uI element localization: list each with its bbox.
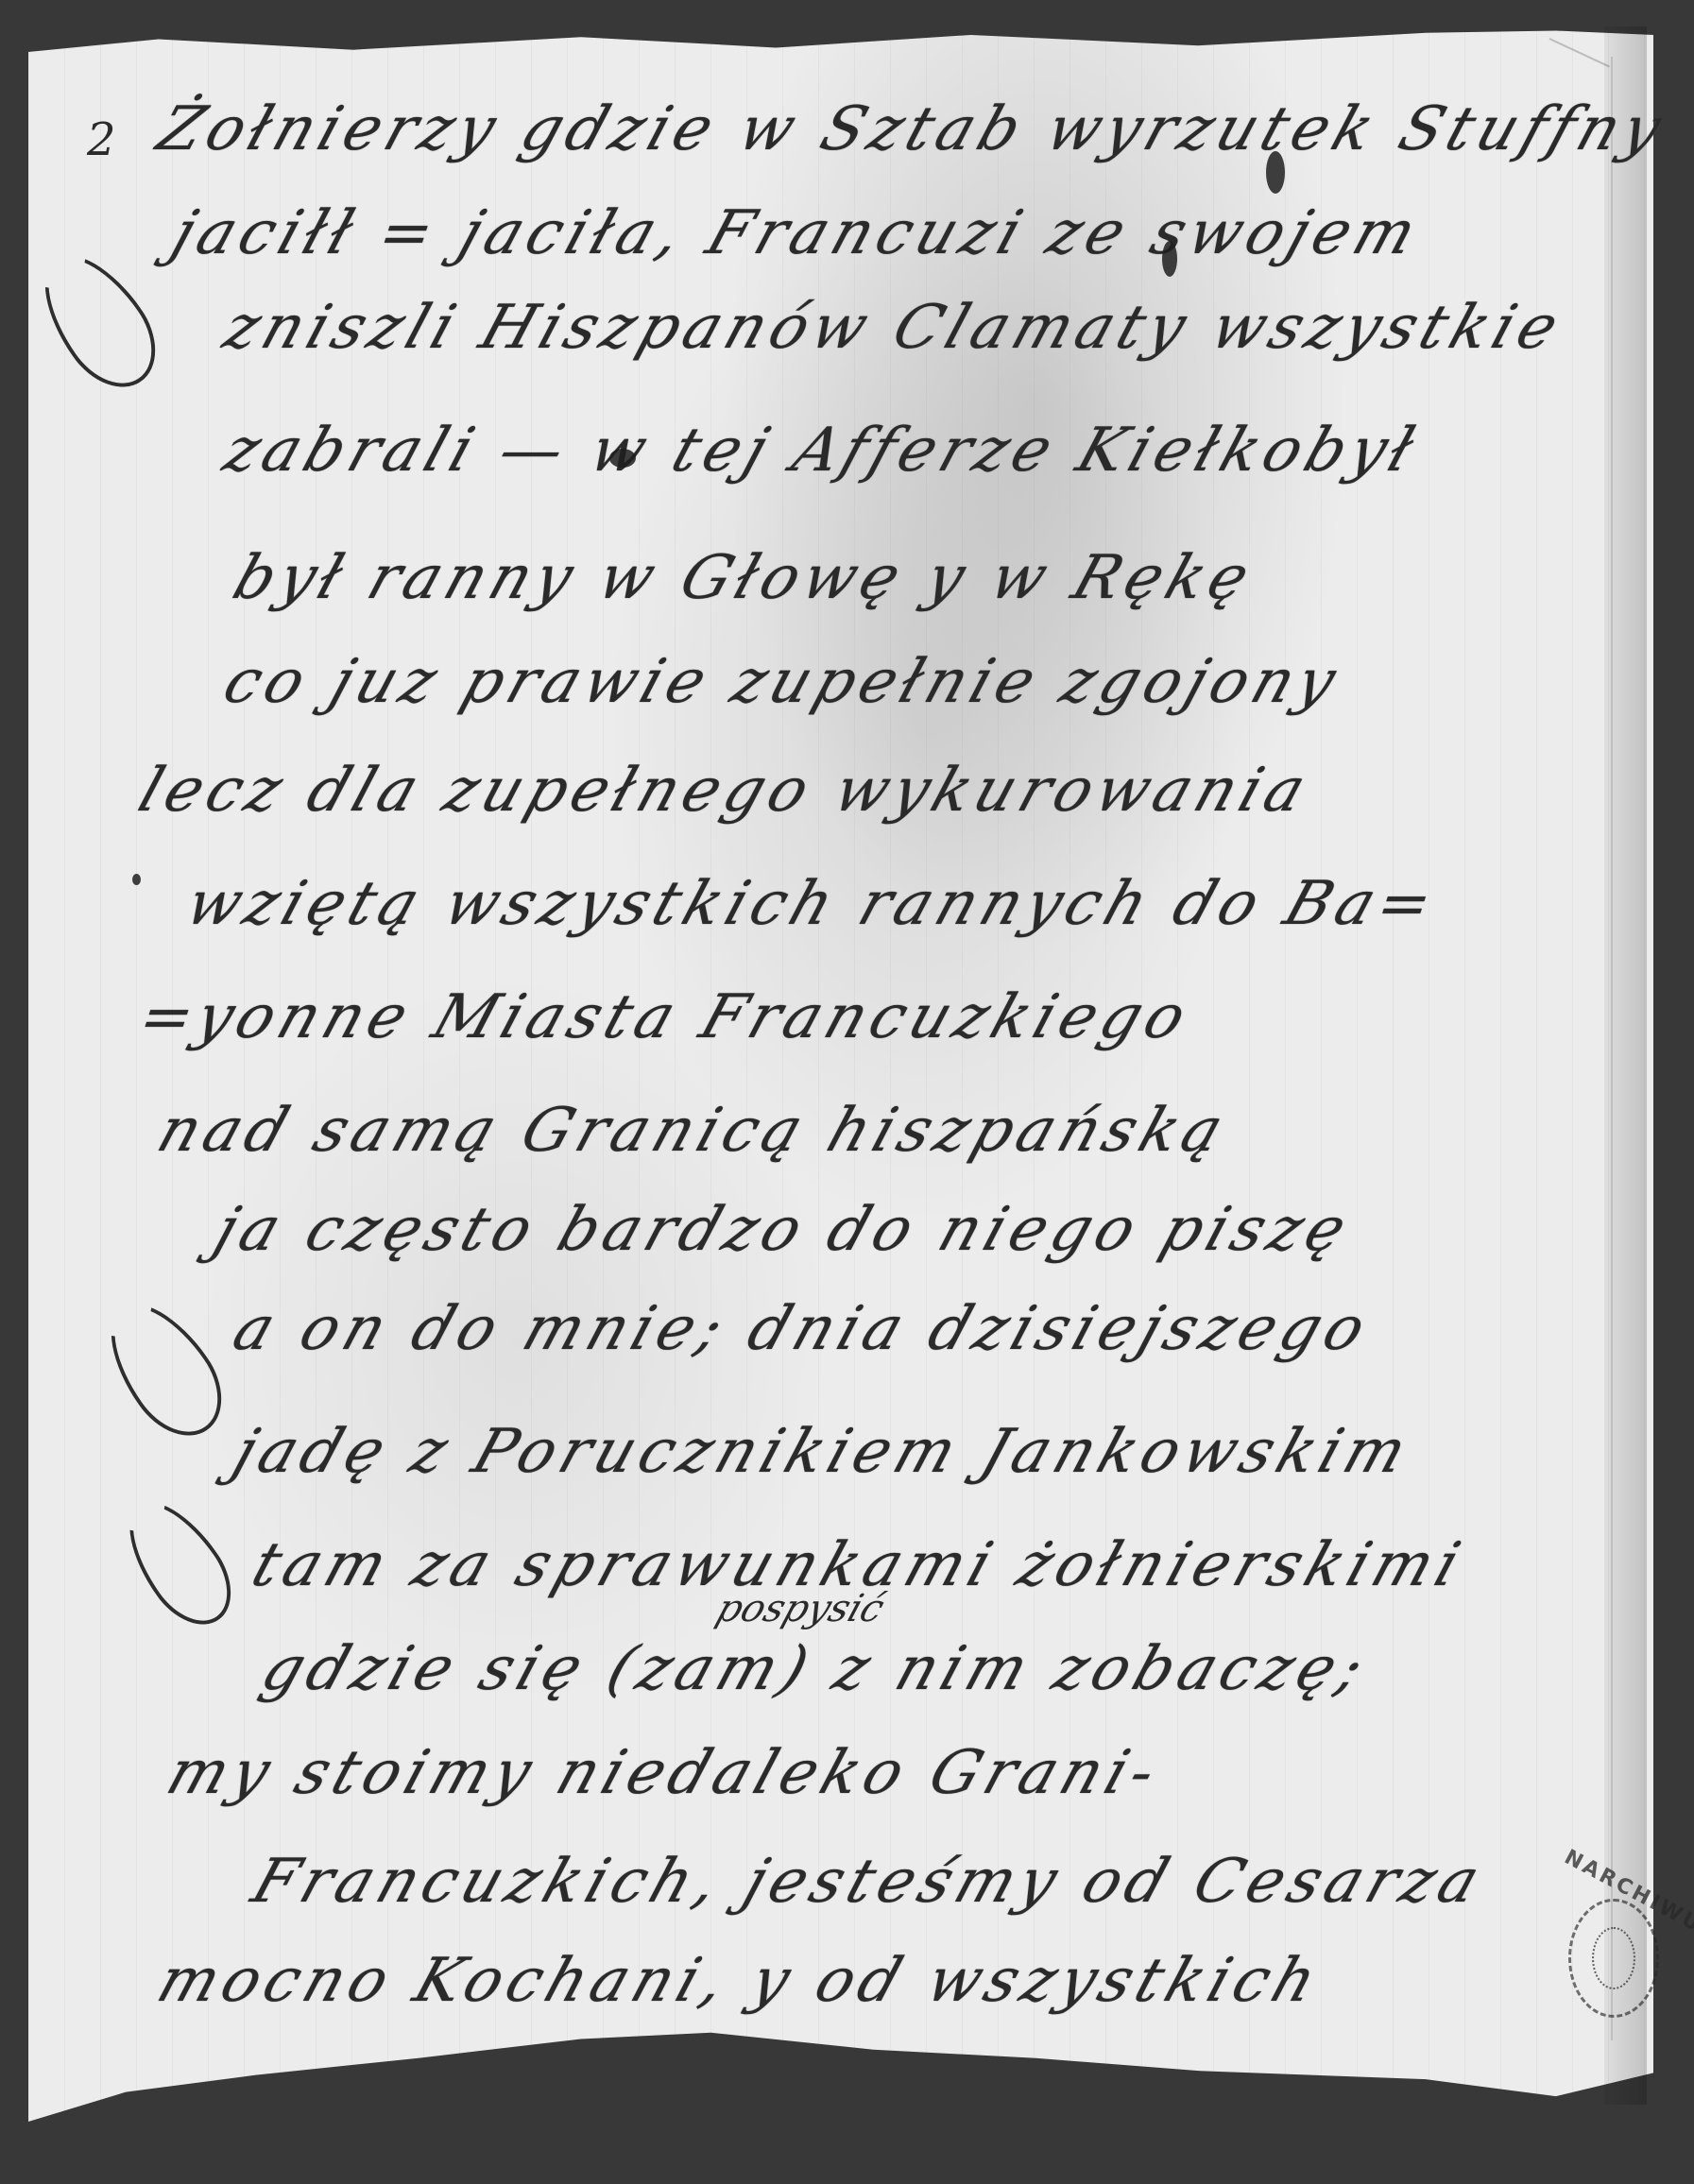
manuscript-line-5: był ranny w Głowę y w Rękę	[225, 543, 1263, 613]
letter-flourish	[88, 1284, 242, 1454]
ink-blot	[609, 449, 636, 468]
manuscript-line-13: jadę z Porucznikiem Jankowskim	[225, 1417, 1420, 1487]
manuscript-line-17: Francuzkich, jesteśmy od Cesarza	[244, 1847, 1494, 1917]
manuscript-line-1: Żołnierzy gdzie w Sztab wyrzutek Stuffny	[149, 94, 1675, 164]
manuscript-line-12: a on do mnie; dnia dzisiejszego	[225, 1294, 1379, 1364]
letter-flourish	[22, 235, 176, 405]
manuscript-line-8: wziętą wszystkich rannych do Ba=	[178, 869, 1446, 939]
archive-stamp	[1568, 1899, 1659, 2018]
manuscript-line-4: zabrali — w tej Afferze Kiełkobył	[215, 416, 1428, 486]
manuscript-line-6: co juz prawie zupełnie zgojony	[215, 647, 1349, 717]
ink-blot	[132, 874, 141, 885]
ink-blot	[1162, 241, 1177, 277]
manuscript-line-7: lecz dla zupełnego wykurowania	[130, 756, 1320, 826]
interlinear-insertion: pospysić	[711, 1587, 890, 1630]
manuscript-line-15: gdzie się (zam) z nim zobaczę;	[253, 1634, 1377, 1704]
manuscript-text-area: 2 Żołnierzy gdzie w Sztab wyrzutek Stuff…	[0, 0, 1694, 2184]
manuscript-line-16: my stoimy niedaleko Grani-	[159, 1738, 1170, 1808]
manuscript-line-18: mocno Kochani, y od wszystkich	[149, 1946, 1330, 2016]
manuscript-line-3: zniszli Hiszpanów Clamaty wszystkie	[215, 293, 1572, 363]
manuscript-line-9: =yonne Miasta Francuzkiego	[130, 982, 1200, 1052]
manuscript-line-11: ja często bardzo do niego piszę	[206, 1195, 1360, 1265]
manuscript-line-10: nad samą Granicą hiszpańską	[149, 1096, 1237, 1166]
archive-stamp-center	[1592, 1927, 1635, 1989]
ink-blot	[1266, 151, 1285, 194]
manuscript-line-2: jaciłł = jaciła, Francuzi ze swojem	[163, 198, 1430, 268]
page-number: 2	[87, 113, 116, 166]
letter-flourish	[109, 1484, 249, 1641]
